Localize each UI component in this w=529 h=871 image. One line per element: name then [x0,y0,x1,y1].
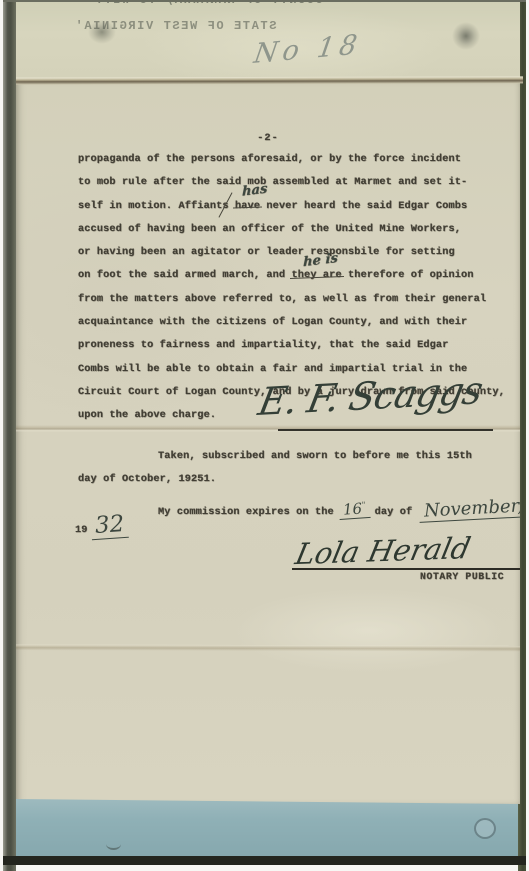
body-text-segment: therefore of opinion [348,269,474,281]
struck-word: havehas [235,195,260,218]
commission-text-mid: day of [375,506,413,518]
ink-smudge-right [452,22,480,50]
ink-smudge-left [88,20,116,44]
commission-text-pre: My commission expires on the [158,506,334,518]
scanned-affidavit-page: COUNTY OF KANAWHA, TO-WIT: STATE OF WEST… [0,0,529,871]
notary-public-label: NOTARY PUBLIC [420,571,504,582]
body-line: accused of having been an officer of the… [78,218,505,241]
page-gutter-shadow-left [3,0,16,871]
handwritten-year: 32 [90,511,129,541]
struck-phrase: they arehe is [292,264,342,287]
hole-punch-mark [474,818,496,839]
notary-signature-line [292,568,520,570]
body-text-segment: never heard the said Edgar Combs [266,200,467,212]
handwritten-day-suffix: " [361,500,365,509]
scan-edge-bottom [3,856,526,865]
notary-signature: Lola Herald [292,531,473,571]
body-line: to mob rule after the said mob assembled… [78,171,505,194]
affiant-signature-line [278,429,493,431]
paper-top-strip: COUNTY OF KANAWHA, TO-WIT: STATE OF WEST… [16,2,520,79]
handwritten-insertion-he-is: he is [302,247,337,275]
body-line: propaganda of the persons aforesaid, or … [78,148,505,171]
handwritten-case-number: No 18 [252,29,364,70]
body-line-with-correction: on foot the said armed march, and they a… [78,264,505,287]
paper-main-sheet: -2- propaganda of the persons aforesaid,… [16,82,520,804]
body-line: from the matters above referred to, as w… [78,288,505,311]
backing-sheet [16,795,523,857]
mirrored-offset-text-line1: COUNTY OF KANAWHA, TO-WIT: [94,2,323,7]
handwritten-day: 16" [338,499,370,520]
jurat-line-1: Taken, subscribed and sworn to before me… [158,450,472,462]
handwritten-day-number: 16 [342,499,362,518]
handwritten-month: November, [419,495,529,523]
body-line: proneness to fairness and impartiality, … [78,334,505,357]
fold-shadow-line [16,76,523,84]
jurat-line-2: day of October, 19251. [78,473,216,485]
struck-letter: s [222,195,228,218]
page-number: -2- [16,132,520,144]
commission-year-line: 19 32 [75,512,128,539]
body-text-segment: self in motion. Affiant [78,200,222,212]
body-line: acquaintance with the citizens of Logan … [78,311,505,334]
scan-edge-top [3,0,526,2]
year-typed-prefix: 19 [75,524,88,536]
body-text-segment: on foot the said armed march, and [78,269,285,281]
commission-expiry-line: My commission expires on the 16" day of … [158,498,528,520]
body-line: or having been an agitator or leader res… [78,241,505,264]
body-line-with-correction: self in motion. Affiants havehas never h… [78,195,505,218]
fold-crease-lower [16,644,520,651]
handwritten-insertion-has: has [242,177,268,204]
backing-smudge-mark [106,838,121,850]
